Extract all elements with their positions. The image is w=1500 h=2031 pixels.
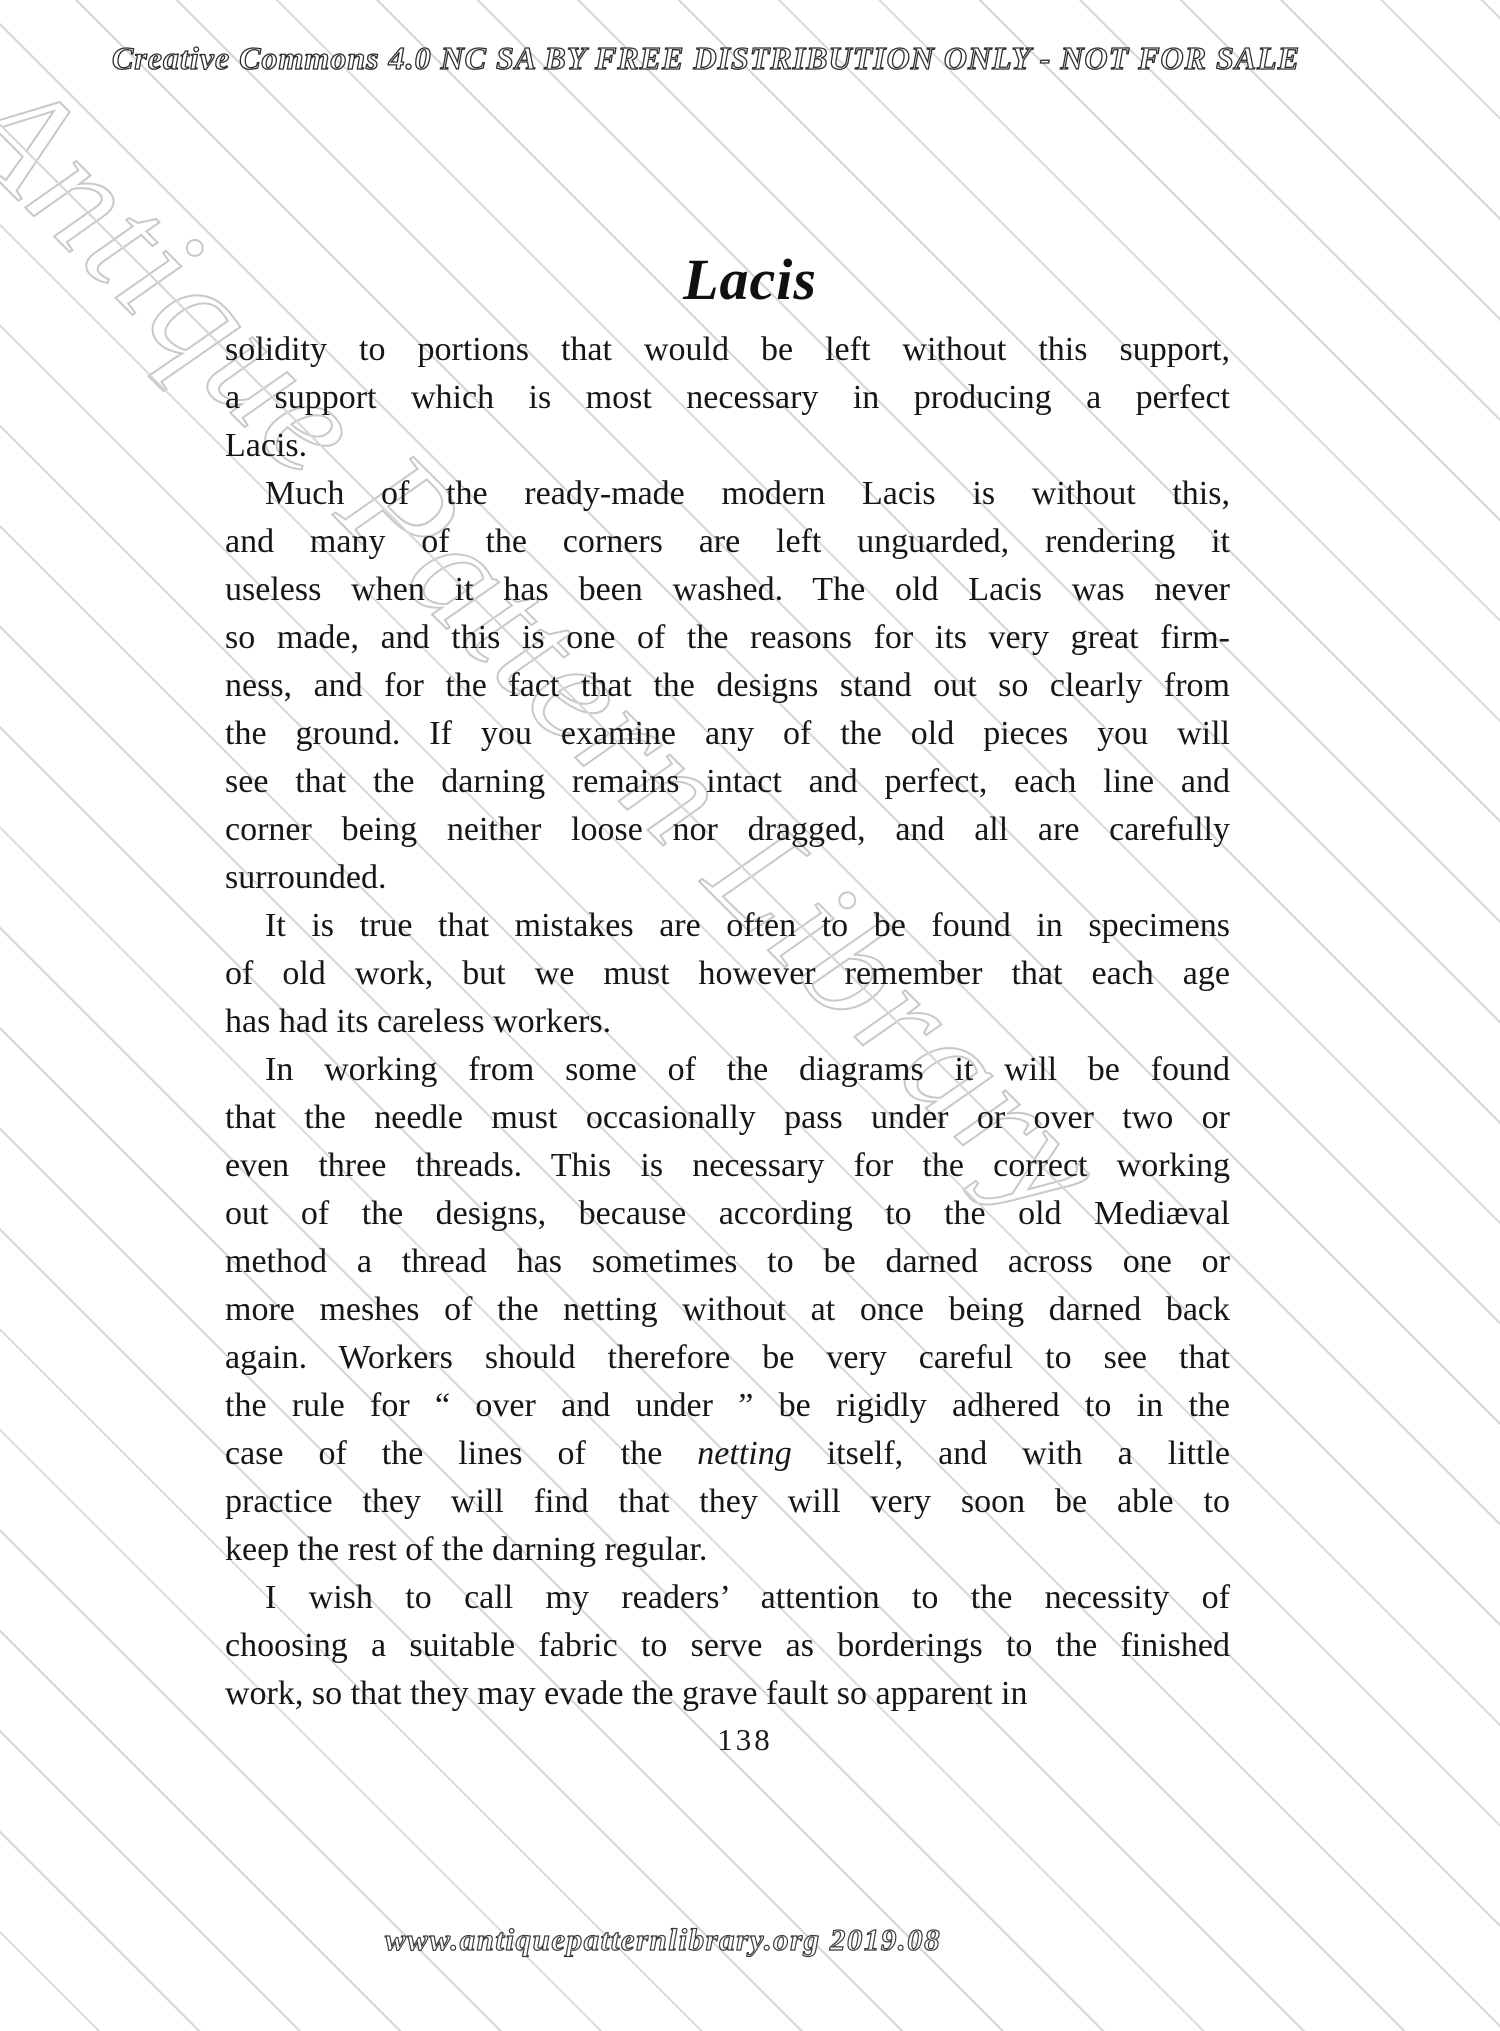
body-line: keep the rest of the darning regular.	[225, 1526, 1230, 1574]
body-line: more meshes of the netting without at on…	[225, 1286, 1230, 1334]
page-title: Lacis	[0, 246, 1500, 313]
body-line: the ground. If you examine any of the ol…	[225, 710, 1230, 758]
body-line: practice they will find that they will v…	[225, 1478, 1230, 1526]
body-line: In working from some of the diagrams it …	[225, 1046, 1230, 1094]
body-line: has had its careless workers.	[225, 998, 1230, 1046]
body-line: useless when it has been washed. The old…	[225, 566, 1230, 614]
footer-url: www.antiquepatternlibrary.org 2019.08	[385, 1922, 941, 1958]
body-line: surrounded.	[225, 854, 1230, 902]
body-line: choosing a suitable fabric to serve as b…	[225, 1622, 1230, 1670]
scanned-book-page: Antique Pattern Library Creative Commons…	[0, 0, 1500, 2031]
body-line: again. Workers should therefore be very …	[225, 1334, 1230, 1382]
body-line: and many of the corners are left unguard…	[225, 518, 1230, 566]
body-line: method a thread has sometimes to be darn…	[225, 1238, 1230, 1286]
body-line: Lacis.	[225, 422, 1230, 470]
page-number: 138	[0, 1722, 1490, 1758]
body-line: see that the darning remains intact and …	[225, 758, 1230, 806]
body-line: that the needle must occasionally pass u…	[225, 1094, 1230, 1142]
body-line: even three threads. This is necessary fo…	[225, 1142, 1230, 1190]
body-text: solidity to portions that would be left …	[225, 326, 1230, 1718]
license-banner: Creative Commons 4.0 NC SA BY FREE DISTR…	[112, 40, 1300, 77]
body-line: work, so that they may evade the grave f…	[225, 1670, 1230, 1718]
body-line: I wish to call my readers’ attention to …	[225, 1574, 1230, 1622]
text-segment: itself, and with a little	[792, 1435, 1230, 1472]
body-line: solidity to portions that would be left …	[225, 326, 1230, 374]
italic-word: netting	[697, 1435, 791, 1472]
body-line: corner being neither loose nor dragged, …	[225, 806, 1230, 854]
body-line: the rule for “ over and under ” be rigid…	[225, 1382, 1230, 1430]
body-line: out of the designs, because according to…	[225, 1190, 1230, 1238]
body-line: so made, and this is one of the reasons …	[225, 614, 1230, 662]
text-segment: case of the lines of the	[225, 1435, 697, 1472]
body-line: a support which is most necessary in pro…	[225, 374, 1230, 422]
body-line: of old work, but we must however remembe…	[225, 950, 1230, 998]
body-line: Much of the ready-made modern Lacis is w…	[225, 470, 1230, 518]
body-line: ness, and for the fact that the designs …	[225, 662, 1230, 710]
body-line: case of the lines of the netting itself,…	[225, 1430, 1230, 1478]
body-line: It is true that mistakes are often to be…	[225, 902, 1230, 950]
